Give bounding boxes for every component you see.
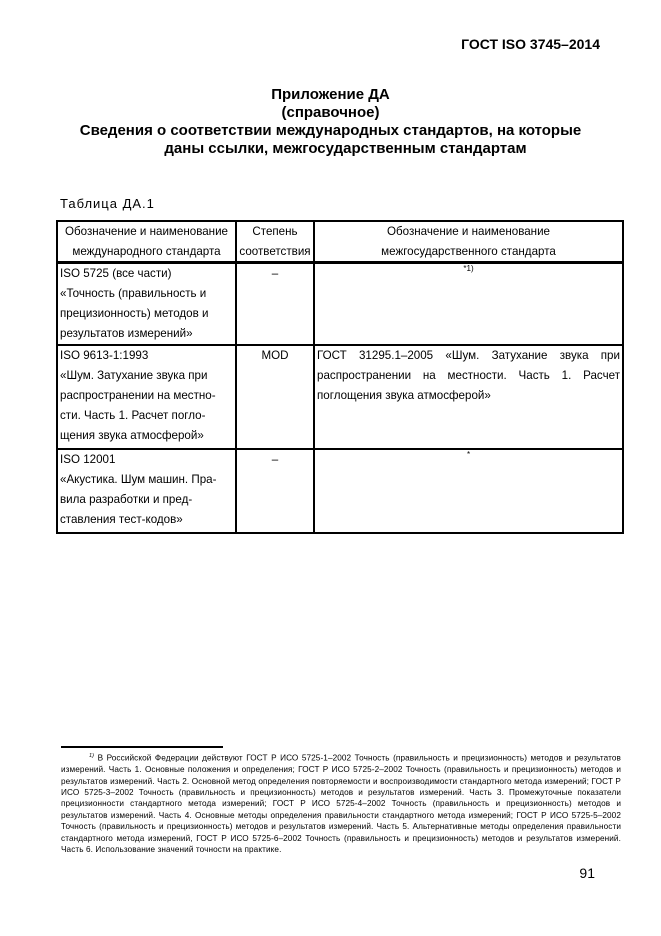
cell-interstate-standard: ГОСТ 31295.1–2005 «Шум. Затухание звука … bbox=[314, 345, 623, 449]
table-header-row: Обозначение и наименование международног… bbox=[57, 221, 623, 263]
cell-text: «Акустика. Шум машин. Пра- bbox=[60, 470, 233, 490]
cell-degree: – bbox=[236, 263, 314, 346]
cell-interstate-standard: * bbox=[314, 449, 623, 533]
header-international-standard: Обозначение и наименование международног… bbox=[57, 221, 236, 263]
cell-text: ISO 12001 bbox=[60, 450, 233, 470]
cell-text: ставления тест-кодов» bbox=[60, 510, 233, 530]
header-text: Обозначение и наименование bbox=[60, 222, 233, 242]
header-text: Степень bbox=[239, 222, 311, 242]
cell-text: «Точность (правильность и bbox=[60, 284, 233, 304]
cell-international-standard: ISO 12001 «Акустика. Шум машин. Пра- вил… bbox=[57, 449, 236, 533]
cell-text: ISO 5725 (все части) bbox=[60, 264, 233, 284]
footnote-reference: * bbox=[317, 450, 620, 460]
header-text: межгосударственного стандарта bbox=[317, 242, 620, 262]
page-number: 91 bbox=[579, 865, 595, 881]
header-text: Обозначение и наименование bbox=[317, 222, 620, 242]
cell-international-standard: ISO 5725 (все части) «Точность (правильн… bbox=[57, 263, 236, 346]
cell-degree: MOD bbox=[236, 345, 314, 449]
footnote-reference: *1) bbox=[317, 264, 620, 274]
cell-text: «Шум. Затухание звука при bbox=[60, 366, 233, 386]
cell-text: распространении на местно- bbox=[60, 386, 233, 406]
footnote-marker: 1) bbox=[89, 753, 94, 759]
annex-heading-line-2: даны ссылки, межгосударственным стандарт… bbox=[0, 140, 661, 158]
cell-text: сти. Часть 1. Расчет погло- bbox=[60, 406, 233, 426]
cell-degree: – bbox=[236, 449, 314, 533]
cell-text: прецизионность) методов и bbox=[60, 304, 233, 324]
footnote: 1) В Российской Федерации действуют ГОСТ… bbox=[61, 751, 621, 855]
annex-heading: Приложение ДА (справочное) Сведения о со… bbox=[0, 86, 661, 158]
footnote-text: В Российской Федерации действуют ГОСТ Р … bbox=[61, 754, 621, 854]
table-row: ISO 12001 «Акустика. Шум машин. Пра- вил… bbox=[57, 449, 623, 533]
cell-text: ISO 9613-1:1993 bbox=[60, 346, 233, 366]
table-row: ISO 5725 (все части) «Точность (правильн… bbox=[57, 263, 623, 346]
annex-status: (справочное) bbox=[0, 104, 661, 122]
table-row: ISO 9613-1:1993 «Шум. Затухание звука пр… bbox=[57, 345, 623, 449]
header-text: международного стандарта bbox=[60, 242, 233, 262]
cell-international-standard: ISO 9613-1:1993 «Шум. Затухание звука пр… bbox=[57, 345, 236, 449]
cell-text: результатов измерений» bbox=[60, 324, 233, 344]
header-text: соответствия bbox=[239, 242, 311, 262]
header-interstate-standard: Обозначение и наименование межгосударств… bbox=[314, 221, 623, 263]
table-label: Таблица ДА.1 bbox=[60, 196, 155, 211]
footnote-divider bbox=[61, 746, 223, 748]
cell-interstate-standard: *1) bbox=[314, 263, 623, 346]
header-degree-of-correspondence: Степень соответствия bbox=[236, 221, 314, 263]
annex-title: Приложение ДА bbox=[0, 86, 661, 104]
document-code: ГОСТ ISO 3745–2014 bbox=[461, 36, 600, 52]
correspondence-table: Обозначение и наименование международног… bbox=[56, 220, 624, 534]
cell-text: щения звука атмосферой» bbox=[60, 426, 233, 446]
cell-text: вила разработки и пред- bbox=[60, 490, 233, 510]
annex-heading-line-1: Сведения о соответствии международных ст… bbox=[0, 122, 661, 140]
